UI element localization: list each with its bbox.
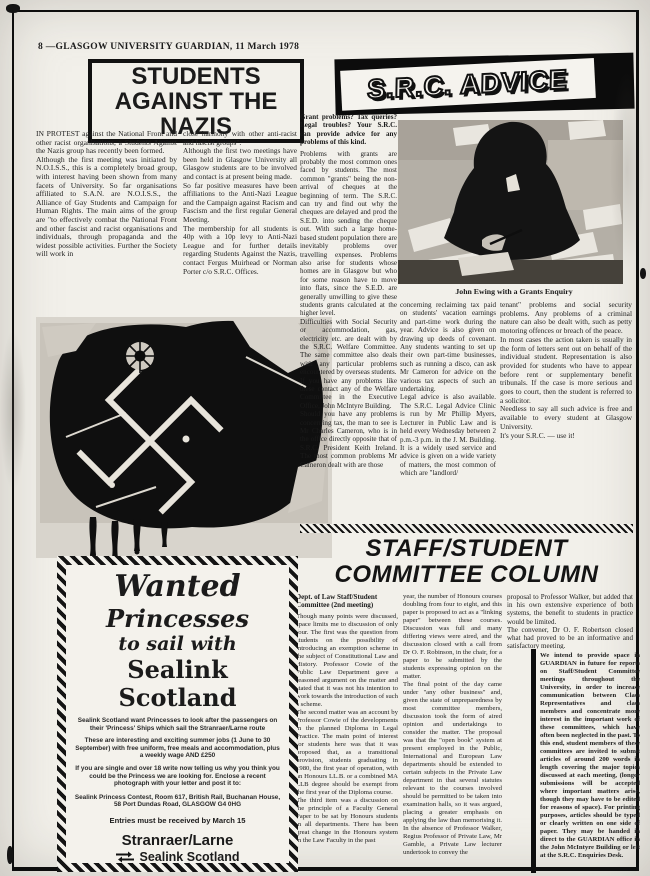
- nazis-headline: STUDENTS AGAINST THE NAZIS: [92, 64, 300, 139]
- anti-nazi-swastika-graphic: [36, 317, 332, 558]
- committee-headline-line2: COMMITTEE COLUMN: [300, 562, 633, 588]
- ad-paragraph-2: These are interesting and exciting summe…: [74, 737, 281, 760]
- src-article-intro: Grant problems? Tax queries? Legal troub…: [300, 113, 397, 147]
- committee-col1-heading: Dept. of Law Staff/Student Committee (2n…: [296, 593, 398, 610]
- src-article-col1: Grant problems? Tax queries? Legal troub…: [300, 113, 397, 521]
- committee-col3-body: proposal to Professor Walker, but added …: [507, 593, 633, 649]
- committee-headline: STAFF/STUDENT COMMITTEE COLUMN: [300, 536, 633, 588]
- ad-line-princesses: Princesses: [106, 605, 249, 633]
- ad-paragraph-3: If you are single and over 18 write now …: [74, 765, 281, 788]
- ad-line-to-sail-with: to sail with: [118, 633, 236, 655]
- src-advice-banner: S.R.C. ADVICE: [334, 53, 634, 116]
- src-article-col2: concerning reclaiming tax paid on studen…: [400, 301, 496, 522]
- ad-title: Wanted: [114, 571, 240, 603]
- src-advice-title: S.R.C. ADVICE: [367, 64, 568, 105]
- ad-line-sealink-scotland: Sealink Scotland: [74, 656, 281, 712]
- scan-artifact: [7, 846, 13, 864]
- src-article-col3: tenant" problems and social security pro…: [500, 301, 632, 522]
- nazis-article-col2: close harmony with other anti-racist and…: [183, 130, 297, 314]
- newspaper-page: 8 —GLASGOW UNIVERSITY GUARDIAN, 11 March…: [0, 0, 650, 876]
- ad-brand-name: Sealink Scotland: [139, 850, 239, 864]
- scan-artifact: [640, 268, 646, 279]
- bullet-hole-icon: [123, 339, 157, 373]
- committee-headline-line1: STAFF/STUDENT: [300, 536, 633, 562]
- ad-address: Sealink Princess Contest, Room 617, Brit…: [74, 794, 281, 809]
- committee-article-col2: year, the number of Honours courses doub…: [403, 593, 502, 872]
- committee-article-col1: Dept. of Law Staff/Student Committee (2n…: [296, 593, 398, 872]
- scan-artifact: [6, 4, 20, 13]
- page-header: 8 —GLASGOW UNIVERSITY GUARDIAN, 11 March…: [38, 42, 299, 52]
- grants-enquiry-photo: [398, 120, 623, 284]
- src-advice-plate: S.R.C. ADVICE: [340, 58, 596, 111]
- committee-col1-body: Though many points were discussed, space…: [296, 613, 398, 845]
- photo-caption: John Ewing with a Grants Enquiry: [398, 287, 630, 296]
- ad-route: Stranraer/Larne: [122, 832, 234, 849]
- sealink-ad-content: Wanted Princesses to sail with Sealink S…: [66, 565, 289, 863]
- ad-brand-row: Sealink Scotland: [115, 850, 239, 864]
- ad-paragraph-1: Sealink Scotland want Princesses to look…: [74, 717, 281, 732]
- src-article-col1-body: Problems with grants are probably the mo…: [300, 150, 397, 469]
- british-rail-logo-icon: [115, 851, 135, 863]
- sealink-princess-ad: Wanted Princesses to sail with Sealink S…: [57, 556, 298, 872]
- nazis-article-col1: IN PROTEST against the National Front an…: [36, 130, 177, 314]
- ad-deadline: Entries must be received by March 15: [110, 816, 246, 825]
- section-divider: [300, 524, 633, 533]
- guardian-notice: We intend to provide space in GUARDIAN i…: [531, 649, 640, 873]
- committee-article-col3: proposal to Professor Walker, but added …: [507, 593, 633, 649]
- scan-smudge: [0, 330, 26, 490]
